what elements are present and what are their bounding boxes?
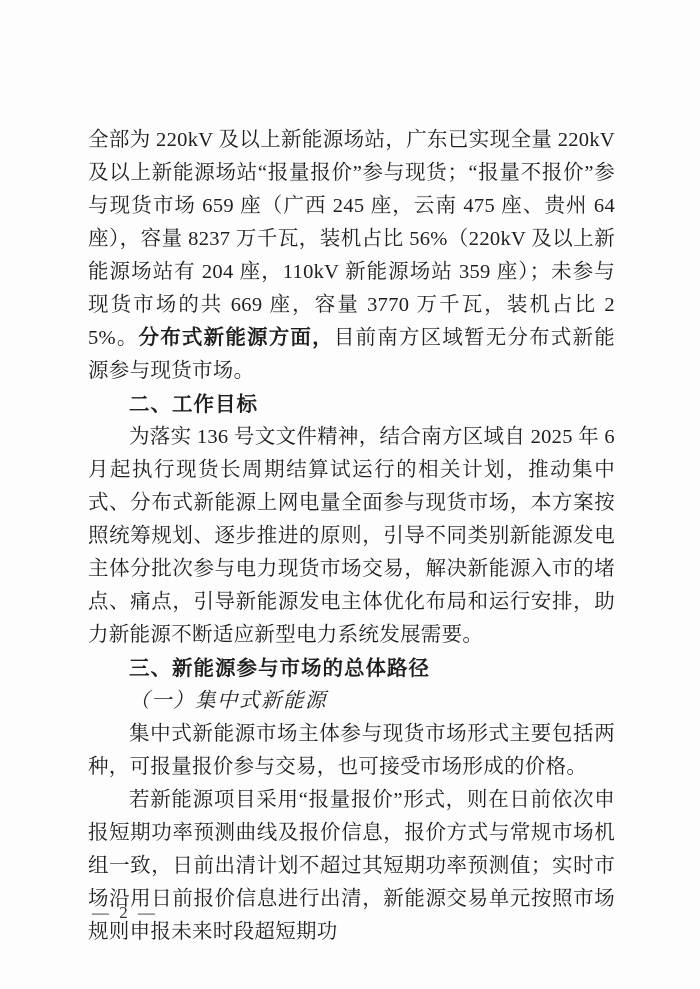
paragraph: 若新能源项目采用“报量报价”形式，则在日前依次申报短期功率预测曲线及报价信息，报… <box>88 784 615 949</box>
document-page: 全部为 220kV 及以上新能源场站，广东已实现全量 220kV 及以上新能源场… <box>0 0 700 989</box>
text-run: 为落实 136 号文文件精神，结合南方区域自 2025 年 6 月起执行现货长周… <box>88 426 615 646</box>
text-run: 集中式新能源市场主体参与现货市场形式主要包括两种，可报量报价参与交易，也可接受市… <box>88 723 615 778</box>
bold-text-run: 分布式新能源方面， <box>139 327 334 349</box>
section-heading: 三、新能源参与市场的总体路径 <box>88 652 615 685</box>
page-number: — 2 — <box>92 903 158 922</box>
section-heading: 二、工作目标 <box>88 388 615 421</box>
page-footer: — 2 — <box>92 903 158 923</box>
text-run: 三、新能源参与市场的总体路径 <box>129 657 430 680</box>
document-body: 全部为 220kV 及以上新能源场站，广东已实现全量 220kV 及以上新能源场… <box>88 124 615 949</box>
text-run: 二、工作目标 <box>129 393 258 416</box>
paragraph: 集中式新能源市场主体参与现货市场形式主要包括两种，可报量报价参与交易，也可接受市… <box>88 718 615 784</box>
sub-heading: （一）集中式新能源 <box>88 685 615 718</box>
paragraph: 全部为 220kV 及以上新能源场站，广东已实现全量 220kV 及以上新能源场… <box>88 124 615 388</box>
paragraph: 为落实 136 号文文件精神，结合南方区域自 2025 年 6 月起执行现货长周… <box>88 421 615 652</box>
text-run: （一）集中式新能源 <box>129 690 327 712</box>
text-run: 全部为 220kV 及以上新能源场站，广东已实现全量 220kV 及以上新能源场… <box>88 129 615 349</box>
text-run: 若新能源项目采用“报量报价”形式，则在日前依次申报短期功率预测曲线及报价信息，报… <box>88 789 615 943</box>
